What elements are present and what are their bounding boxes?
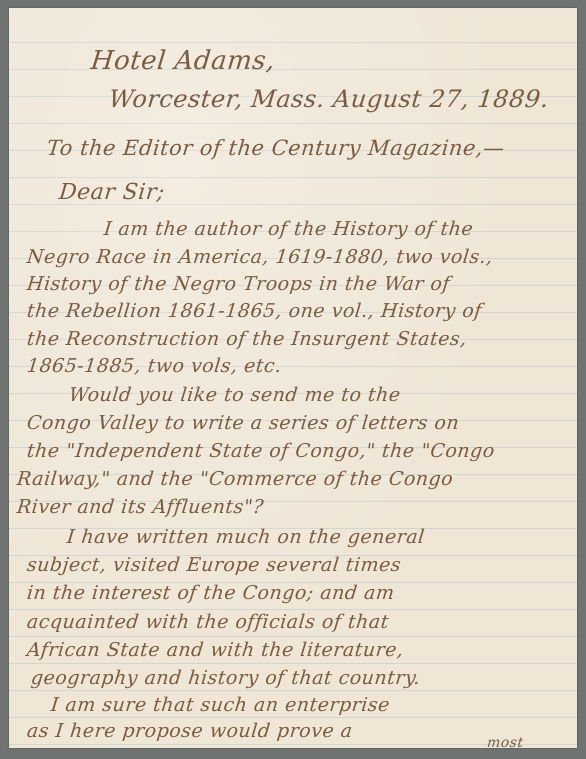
body-line-18: I am sure that such an enterprise — [50, 694, 391, 716]
letter-page: Hotel Adams, Worcester, Mass. August 27,… — [9, 8, 577, 748]
heading-place: Hotel Adams, — [89, 46, 276, 76]
body-line-19: as I here propose would prove a — [26, 720, 354, 742]
body-line-2: Negro Race in America, 1619-1880, two vo… — [26, 246, 494, 268]
salutation: Dear Sir; — [58, 180, 166, 205]
body-line-11: River and its Affluents"? — [16, 496, 265, 518]
catchword: most — [486, 735, 524, 751]
body-line-16: African State and with the literature, — [26, 639, 405, 661]
body-line-10: Railway," and the "Commerce of the Congo — [16, 468, 455, 490]
body-line-3: History of the Negro Troops in the War o… — [26, 273, 451, 295]
body-line-4: the Rebellion 1861-1865, one vol., Histo… — [26, 300, 483, 322]
body-line-6: 1865-1885, two vols, etc. — [26, 355, 283, 377]
body-line-7: Would you like to send me to the — [68, 384, 402, 406]
body-line-14: in the interest of the Congo; and am — [26, 582, 396, 604]
body-line-15: acquainted with the officials of that — [26, 611, 390, 633]
body-line-9: the "Independent State of Congo," the "C… — [26, 440, 496, 462]
addressee: To the Editor of the Century Magazine,— — [46, 136, 506, 160]
heading-location-date: Worcester, Mass. August 27, 1889. — [108, 85, 551, 113]
body-line-5: the Reconstruction of the Insurgent Stat… — [26, 328, 468, 350]
body-line-8: Congo Valley to write a series of letter… — [26, 412, 461, 434]
body-line-12: I have written much on the general — [66, 526, 426, 548]
body-line-17: geography and history of that country. — [30, 667, 422, 689]
body-line-13: subject, visited Europe several times — [26, 554, 402, 576]
body-line-1: I am the author of the History of the — [103, 218, 475, 240]
